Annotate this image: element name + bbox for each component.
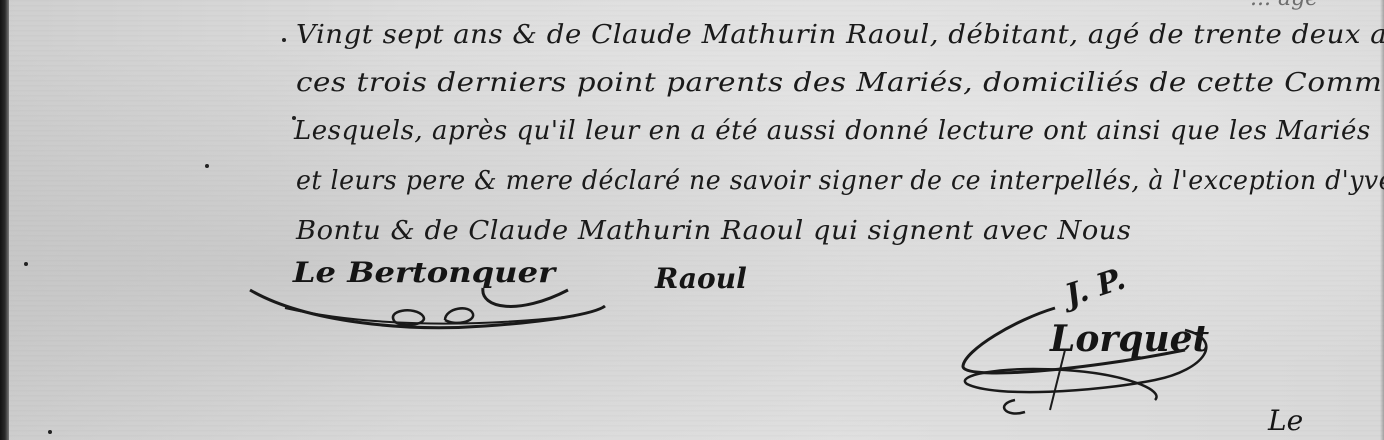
page-right-edge: [1380, 0, 1384, 440]
ink-speck: [205, 164, 209, 168]
handwritten-line-5: Bontu & de Claude Mathurin Raoul qui sig…: [296, 216, 1131, 246]
handwritten-line-4: et leurs pere & mere déclaré ne savoir s…: [296, 166, 1384, 196]
signature-raoul: Raoul: [655, 262, 747, 295]
ink-speck: [282, 38, 286, 42]
ink-speck: [292, 116, 296, 120]
document-page: ... agé Vingt sept ans & de Claude Mathu…: [0, 0, 1384, 440]
signature-flourish-right: [955, 300, 1245, 420]
ink-speck: [48, 430, 52, 434]
handwritten-line-1: Vingt sept ans & de Claude Mathurin Raou…: [296, 20, 1384, 50]
binding-edge: [0, 0, 9, 440]
next-entry-fragment: Le: [1268, 404, 1303, 437]
handwritten-line-2: ces trois derniers point parents des Mar…: [296, 68, 1384, 98]
handwritten-line-3: Lesquels, après qu'il leur en a été auss…: [294, 116, 1371, 146]
ink-speck: [24, 262, 28, 266]
signature-hook: [478, 282, 578, 322]
top-line-fragment: ... agé: [1250, 0, 1318, 11]
